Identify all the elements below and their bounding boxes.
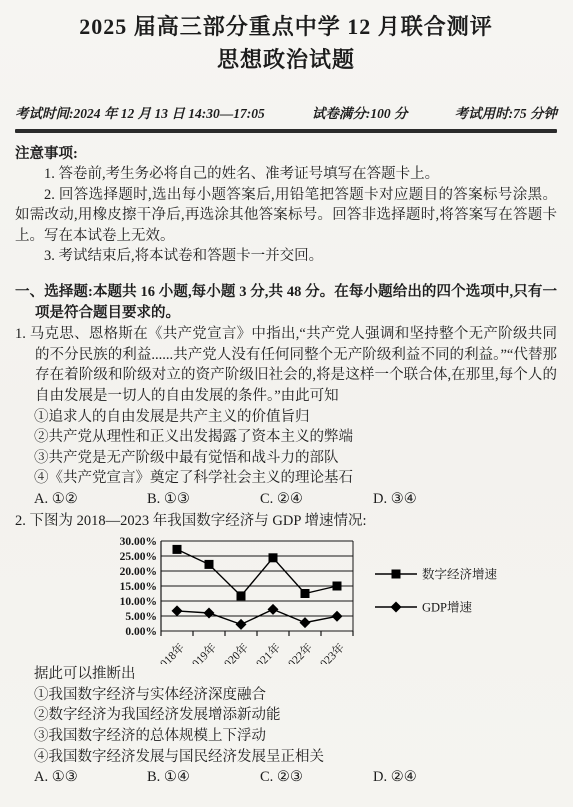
chart-svg: 0.00%5.00%10.00%15.00%20.00%25.00%30.00%… (101, 534, 541, 664)
square-marker (392, 570, 401, 579)
q2-item-2: ②数字经济为我国经济发展增添新动能 (34, 705, 557, 726)
q2-options-row: A. ①③ B. ①④ C. ②③ D. ②④ (34, 767, 557, 788)
q2-option-d: D. ②④ (373, 767, 486, 788)
exam-time: 考试时间:2024 年 12 月 13 日 14:30—17:05 (15, 102, 265, 122)
q2-item-1: ①我国数字经济与实体经济深度融合 (34, 685, 557, 706)
q2-item-3: ③我国数字经济的总体规模上下浮动 (34, 726, 557, 747)
diamond-marker (204, 608, 215, 619)
y-tick-label: 30.00% (120, 536, 157, 548)
exam-full-score: 试卷满分:100 分 (312, 102, 408, 122)
legend-label: 数字经济增速 (422, 567, 498, 582)
square-marker (269, 553, 278, 562)
notice-item-2: 2. 回答选择题时,选出每小题答案后,用铅笔把答题卡对应题目的答案标号涂黑。如需… (15, 185, 557, 247)
paper-title-line1: 2025 届高三部分重点中学 12 月联合测评 (15, 12, 557, 42)
x-tick-label: 2023年 (313, 640, 348, 664)
q2-after-chart-text: 据此可以推断出 (34, 664, 557, 685)
q1-item-4: ④《共产党宣言》奠定了科学社会主义的理论基石 (34, 468, 557, 489)
q1-option-d: D. ③④ (373, 489, 486, 510)
q1-stem: 1. 马克思、恩格斯在《共产党宣言》中指出,“共产党人强调和坚持整个无产阶级共同… (15, 324, 557, 406)
diamond-marker (300, 617, 311, 628)
q1-option-c: C. ②④ (260, 489, 373, 510)
q2-stem: 2. 下图为 2018—2023 年我国数字经济与 GDP 增速情况: (15, 511, 557, 532)
x-tick-label: 2018年 (153, 640, 188, 664)
y-tick-label: 0.00% (125, 626, 157, 638)
q2-option-b: B. ①④ (147, 767, 260, 788)
q1-item-1: ①追求人的自由发展是共产主义的价值旨归 (34, 407, 557, 428)
y-tick-label: 20.00% (120, 566, 157, 578)
x-tick-label: 2020年 (217, 640, 252, 664)
diamond-marker (268, 604, 279, 615)
x-tick-label: 2021年 (249, 640, 284, 664)
square-marker (205, 560, 214, 569)
divider-rule (15, 129, 557, 133)
legend-label: GDP增速 (422, 600, 473, 615)
q1-item-3: ③共产党是无产阶级中最有觉悟和战斗力的部队 (34, 448, 557, 469)
q1-option-b: B. ①③ (147, 489, 260, 510)
x-tick-label: 2019年 (185, 640, 220, 664)
square-marker (237, 592, 246, 601)
notices-block: 注意事项: 1. 答卷前,考生务必将自己的姓名、准考证号填写在答题卡上。 2. … (15, 144, 557, 268)
series-line (177, 610, 337, 625)
exam-duration: 考试用时:75 分钟 (455, 102, 557, 122)
diamond-marker (391, 602, 402, 613)
square-marker (173, 545, 182, 554)
q2-item-4: ④我国数字经济发展与国民经济发展呈正相关 (34, 747, 557, 768)
section1-heading: 一、选择题:本题共 16 小题,每小题 3 分,共 48 分。在每小题给出的四个… (15, 282, 557, 323)
y-tick-label: 15.00% (120, 581, 157, 593)
q1-items: ①追求人的自由发展是共产主义的价值旨归 ②共产党从理性和正义出发揭露了资本主义的… (34, 407, 557, 489)
q1-option-a: A. ①② (34, 489, 147, 510)
notice-item-3: 3. 考试结束后,将本试卷和答题卡一并交回。 (15, 246, 557, 267)
y-tick-label: 25.00% (120, 551, 157, 563)
q2-option-c: C. ②③ (260, 767, 373, 788)
q1-options-row: A. ①② B. ①③ C. ②④ D. ③④ (34, 489, 557, 510)
notice-item-1: 1. 答卷前,考生务必将自己的姓名、准考证号填写在答题卡上。 (15, 164, 557, 185)
exam-paper-page: 2025 届高三部分重点中学 12 月联合测评 思想政治试题 考试时间:2024… (0, 0, 573, 807)
q2-items: ①我国数字经济与实体经济深度融合 ②数字经济为我国经济发展增添新动能 ③我国数字… (34, 685, 557, 767)
exam-info-row: 考试时间:2024 年 12 月 13 日 14:30—17:05 试卷满分:1… (15, 102, 557, 122)
paper-title-line2: 思想政治试题 (15, 45, 557, 75)
square-marker (333, 582, 342, 591)
y-tick-label: 10.00% (120, 596, 157, 608)
x-tick-label: 2022年 (281, 640, 316, 664)
diamond-marker (236, 619, 247, 630)
diamond-marker (172, 606, 183, 617)
y-tick-label: 5.00% (125, 611, 157, 623)
q2-line-chart: 0.00%5.00%10.00%15.00%20.00%25.00%30.00%… (101, 534, 557, 664)
q2-option-a: A. ①③ (34, 767, 147, 788)
diamond-marker (332, 611, 343, 622)
q1-item-2: ②共产党从理性和正义出发揭露了资本主义的弊端 (34, 427, 557, 448)
square-marker (301, 589, 310, 598)
notices-heading: 注意事项: (15, 144, 557, 165)
